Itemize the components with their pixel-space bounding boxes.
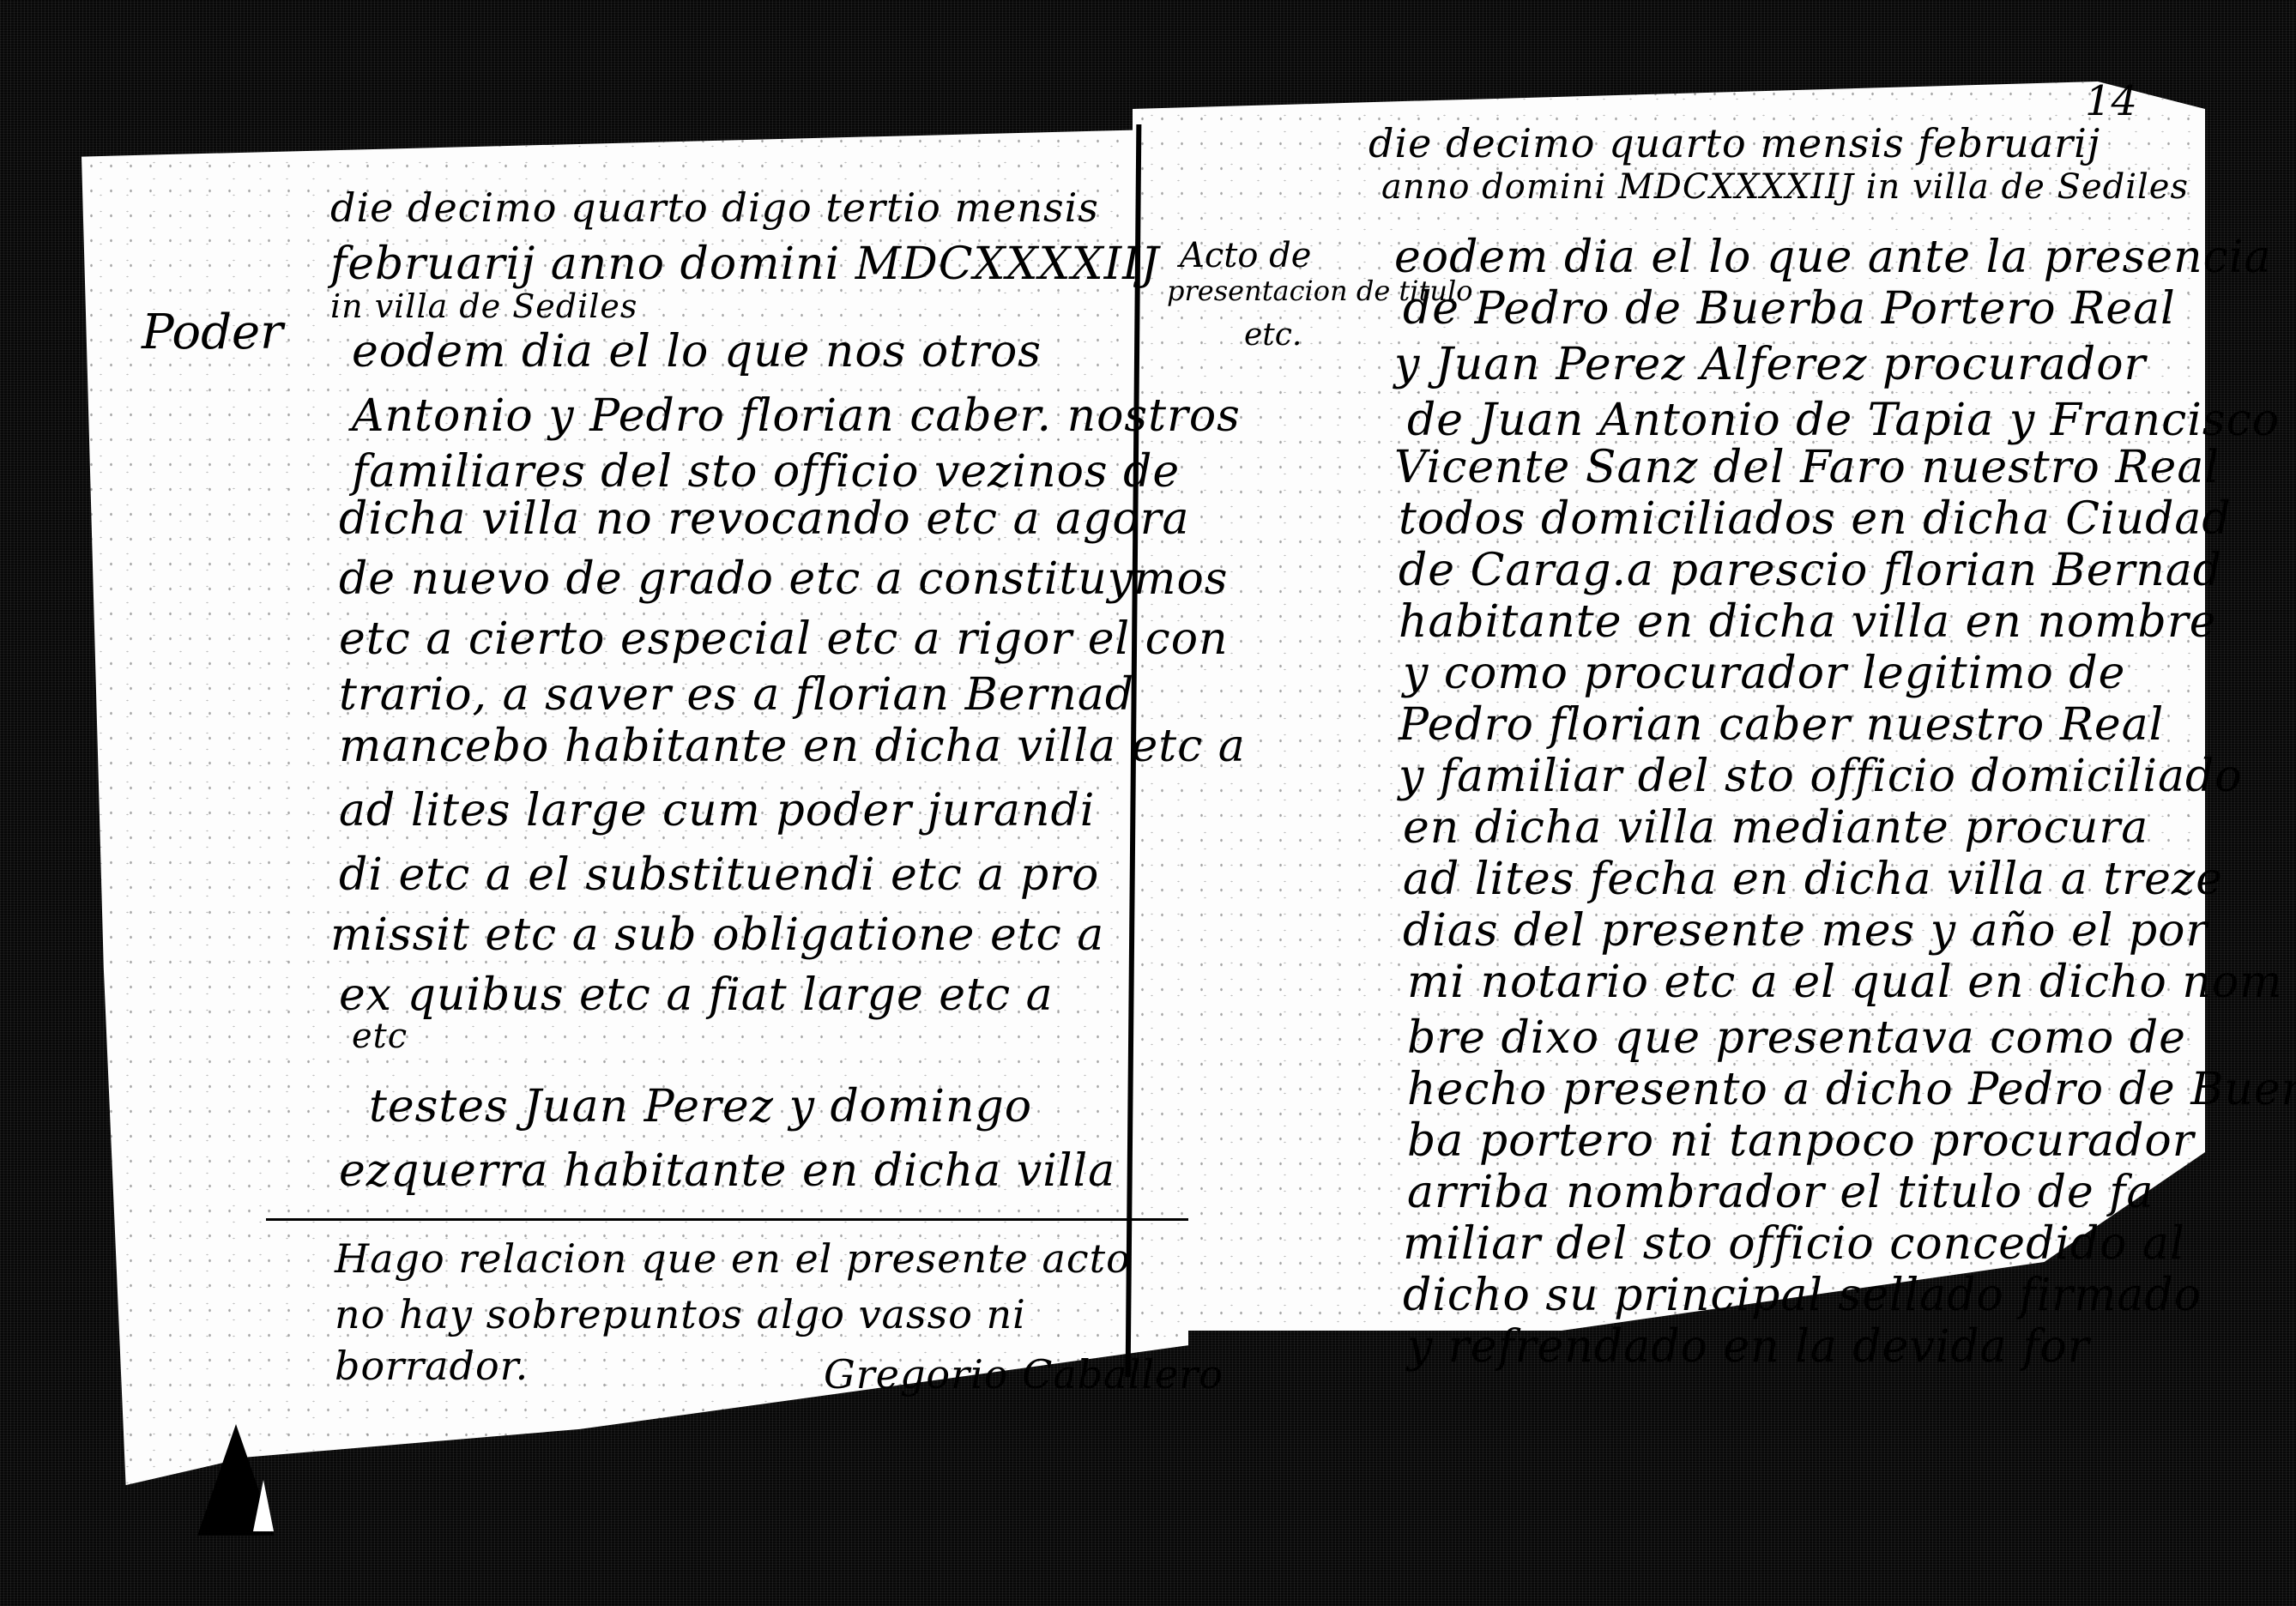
text-line: dias del presente mes y año el por bbox=[1403, 905, 2208, 957]
text-line: todos domiciliados en dicha Ciudad bbox=[1399, 493, 2232, 545]
margin-note-line: etc. bbox=[1244, 317, 1302, 353]
text-line: eodem dia el lo que nos otros bbox=[352, 326, 1042, 377]
text-line: y Juan Perez Alferez procurador bbox=[1394, 339, 2146, 390]
text-line: in villa de Sediles bbox=[330, 287, 637, 325]
header-line: anno domini MDCXXXXIIJ in villa de Sedil… bbox=[1381, 167, 2189, 207]
text-line: habitante en dicha villa en nombre bbox=[1399, 596, 2216, 648]
text-line: trario, a saver es a florian Bernad bbox=[339, 669, 1134, 721]
text-line: ad lites large cum poder jurandi bbox=[339, 785, 1095, 836]
footer-line: borrador. bbox=[335, 1343, 529, 1389]
signature: Gregorio Caballero bbox=[824, 1351, 1224, 1398]
text-line: ex quibus etc a fiat large etc a bbox=[339, 969, 1054, 1021]
text-line: etc bbox=[352, 1017, 408, 1056]
text-line: di etc a el substituendi etc a pro bbox=[339, 849, 1099, 901]
text-line: missit etc a sub obligatione etc a bbox=[330, 909, 1104, 961]
text-line: dicha villa no revocando etc a agora bbox=[339, 493, 1190, 545]
text-line: familiares del sto officio vezinos de bbox=[352, 446, 1180, 498]
text-line: ezquerra habitante en dicha villa bbox=[339, 1145, 1115, 1197]
margin-label-poder: Poder bbox=[142, 305, 283, 360]
header-line: die decimo quarto mensis februarij bbox=[1369, 120, 2100, 166]
text-line: miliar del sto officio concedido al bbox=[1403, 1218, 2185, 1270]
text-line: de Carag.a parescio florian Bernad bbox=[1399, 545, 2222, 596]
text-line: Antonio y Pedro florian caber. nostros bbox=[352, 390, 1241, 442]
text-line: Pedro florian caber nuestro Real bbox=[1399, 699, 2164, 751]
text-line: bre dixo que presentava como de bbox=[1407, 1012, 2186, 1064]
text-line: de Pedro de Buerba Portero Real bbox=[1403, 283, 2176, 335]
text-line: ad lites fecha en dicha villa a treze bbox=[1403, 854, 2223, 905]
text-line: y como procurador legitimo de bbox=[1403, 648, 2125, 699]
text-line: y familiar del sto officio domiciliado bbox=[1399, 751, 2243, 802]
text-line: testes Juan Perez y domingo bbox=[369, 1081, 1032, 1132]
text-line: februarij anno domini MDCXXXXIIJ bbox=[330, 238, 1160, 290]
text-line: de Juan Antonio de Tapia y Francisco bbox=[1407, 395, 2280, 446]
section-divider bbox=[266, 1218, 1188, 1221]
text-line: mi notario etc a el qual en dicho nom bbox=[1407, 957, 2282, 1008]
text-line: hecho presento a dicho Pedro de Buer bbox=[1407, 1064, 2296, 1115]
text-line: eodem dia el lo que ante la presencia bbox=[1394, 232, 2271, 283]
footer-line: Hago relacion que en el presente acto bbox=[335, 1235, 1131, 1282]
text-line: mancebo habitante en dicha villa etc a bbox=[339, 721, 1246, 772]
text-line: dicho su principal sellado firmado bbox=[1403, 1270, 2202, 1321]
text-line: Vicente Sanz del Faro nuestro Real bbox=[1394, 442, 2220, 493]
text-line: die decimo quarto digo tertio mensis bbox=[330, 184, 1099, 231]
text-line: arriba nombrador el titulo de fa bbox=[1407, 1167, 2154, 1218]
text-line: en dicha villa mediante procura bbox=[1403, 802, 2148, 854]
folio-number: 14 bbox=[2085, 77, 2137, 125]
text-line: y refrendado en la devida for bbox=[1407, 1321, 2090, 1373]
text-line: de nuevo de grado etc a constituymos bbox=[339, 553, 1228, 605]
margin-note-line: Acto de bbox=[1180, 236, 1311, 275]
footer-line: no hay sobrepuntos algo vasso ni bbox=[335, 1291, 1026, 1337]
text-line: ba portero ni tanpoco procurador bbox=[1407, 1115, 2195, 1167]
text-line: etc a cierto especial etc a rigor el con bbox=[339, 613, 1229, 665]
scan-clip-artifact-inner bbox=[253, 1480, 274, 1531]
